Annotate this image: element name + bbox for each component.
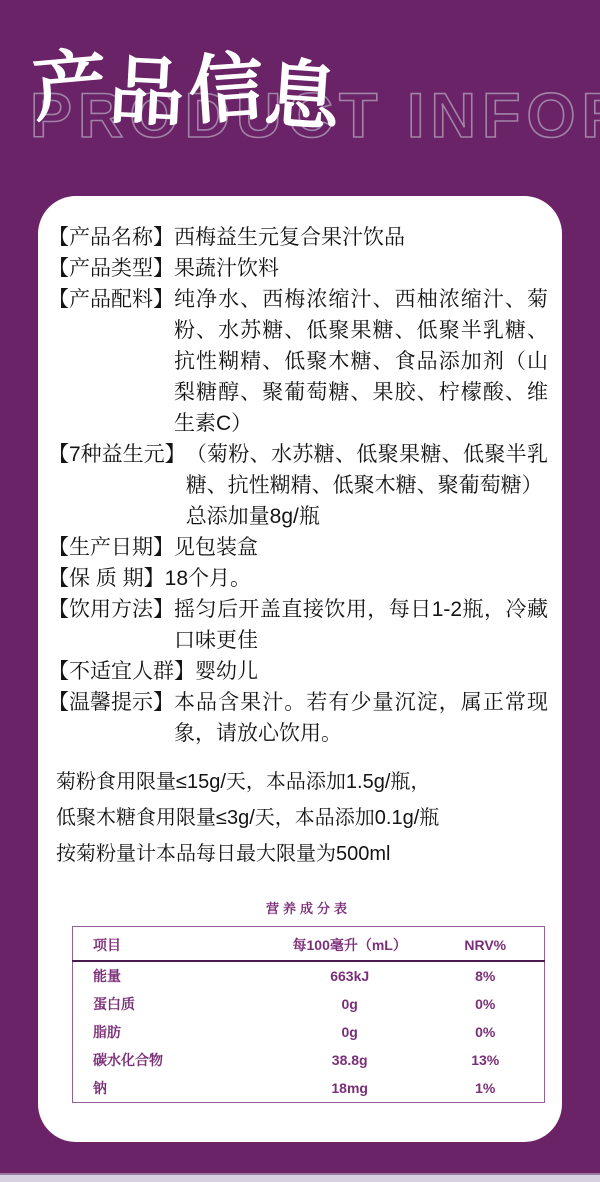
entry-production-date: 【生产日期】 见包装盒 [48, 532, 548, 563]
nutrition-row-protein: 蛋白质 0g 0% [73, 990, 545, 1018]
entry-unsuitable-group: 【不适宜人群】 婴幼儿 [48, 656, 548, 687]
entry-product-name: 【产品名称】 西梅益生元复合果汁饮品 [48, 222, 548, 253]
entry-warm-tip: 【温馨提示】 本品含果汁。若有少量沉淀，属正常现象，请放心饮用。 [48, 687, 548, 749]
nutrient-value: 18mg [273, 1074, 427, 1103]
entry-label: 【温馨提示】 [48, 687, 174, 749]
nutrition-row-fat: 脂肪 0g 0% [73, 1018, 545, 1046]
nutrient-name: 脂肪 [73, 1018, 273, 1046]
entry-label: 【饮用方法】 [48, 594, 174, 656]
entry-usage: 【饮用方法】 摇匀后开盖直接饮用，每日1-2瓶，冷藏口味更佳 [48, 594, 548, 656]
entry-label: 【产品配料】 [48, 284, 174, 439]
entry-label: 【产品名称】 [48, 222, 174, 253]
entry-label: 【产品类型】 [48, 253, 174, 284]
title-char: 信 [185, 28, 267, 140]
entry-ingredients: 【产品配料】 纯净水、西梅浓缩汁、西柚浓缩汁、菊粉、水苏糖、低聚果糖、低聚半乳糖… [48, 284, 548, 439]
nutrient-nrv: 8% [427, 961, 545, 990]
nutrient-name: 钠 [73, 1074, 273, 1103]
entry-list: 【产品名称】 西梅益生元复合果汁饮品 【产品类型】 果蔬汁饮料 【产品配料】 纯… [48, 222, 548, 749]
entry-label: 【保 质 期】 [48, 563, 165, 594]
product-info-page: PRODUCT INFOR 产 品 信 息 【产品名称】 西梅益生元复合果汁饮品… [0, 0, 600, 1182]
nutrient-value: 0g [273, 1018, 427, 1046]
entry-label: 【不适宜人群】 [48, 656, 195, 687]
entry-prebiotics: 【7种益生元】 （菊粉、水苏糖、低聚果糖、低聚半乳糖、抗性糊精、低聚木糖、聚葡萄… [48, 439, 548, 532]
entry-shelf-life: 【保 质 期】 18个月。 [48, 563, 548, 594]
nutrition-header-per100ml: 每100毫升（mL） [273, 927, 427, 962]
nutrient-name: 能量 [73, 961, 273, 990]
nutrition-row-sodium: 钠 18mg 1% [73, 1074, 545, 1103]
entry-value: 纯净水、西梅浓缩汁、西柚浓缩汁、菊粉、水苏糖、低聚果糖、低聚半乳糖、抗性糊精、低… [174, 284, 548, 439]
entry-value: 摇匀后开盖直接饮用，每日1-2瓶，冷藏口味更佳 [174, 594, 548, 656]
nutrition-header-row: 项目 每100毫升（mL） NRV% [73, 927, 545, 962]
nutrient-value: 0g [273, 990, 427, 1018]
entry-value: （菊粉、水苏糖、低聚果糖、低聚半乳糖、抗性糊精、低聚木糖、聚葡萄糖） 总添加量8… [186, 439, 548, 532]
nutrition-row-carbohydrate: 碳水化合物 38.8g 13% [73, 1046, 545, 1074]
entry-value: 果蔬汁饮料 [174, 253, 548, 284]
nutrient-value: 663kJ [273, 961, 427, 990]
nutrition-table: 项目 每100毫升（mL） NRV% 能量 663kJ 8% 蛋白质 0g 0% [72, 926, 545, 1103]
title-char: 产 [28, 24, 112, 137]
nutrient-value: 38.8g [273, 1046, 427, 1074]
product-info-card: 【产品名称】 西梅益生元复合果汁饮品 【产品类型】 果蔬汁饮料 【产品配料】 纯… [38, 196, 562, 1142]
nutrition-header-nrv: NRV% [427, 927, 545, 962]
entry-value: 见包装盒 [174, 532, 548, 563]
title-char: 息 [262, 34, 344, 146]
page-title: 产 品 信 息 [32, 26, 341, 133]
note-line: 菊粉食用限量≤15g/天，本品添加1.5g/瓶， [56, 764, 548, 800]
entry-value: 西梅益生元复合果汁饮品 [174, 222, 548, 253]
nutrient-name: 蛋白质 [73, 990, 273, 1018]
entry-product-type: 【产品类型】 果蔬汁饮料 [48, 253, 548, 284]
entry-label: 【7种益生元】 [48, 439, 186, 532]
entry-value: 18个月。 [165, 563, 548, 594]
note-line: 低聚木糖食用限量≤3g/天，本品添加0.1g/瓶 [56, 800, 548, 836]
title-char: 品 [107, 31, 188, 142]
next-section-divider [0, 1173, 600, 1182]
nutrition-table-title: 营养成分表 [72, 898, 545, 917]
nutrition-section: 营养成分表 项目 每100毫升（mL） NRV% 能量 663kJ 8% [72, 898, 545, 1103]
dosage-notes: 菊粉食用限量≤15g/天，本品添加1.5g/瓶， 低聚木糖食用限量≤3g/天，本… [56, 764, 548, 872]
entry-value: 本品含果汁。若有少量沉淀，属正常现象，请放心饮用。 [174, 687, 548, 749]
nutrient-nrv: 13% [427, 1046, 545, 1074]
nutrient-nrv: 0% [427, 990, 545, 1018]
nutrition-header-item: 项目 [73, 927, 273, 962]
nutrient-nrv: 1% [427, 1074, 545, 1103]
nutrient-nrv: 0% [427, 1018, 545, 1046]
entry-label: 【生产日期】 [48, 532, 174, 563]
entry-value: 婴幼儿 [195, 656, 548, 687]
nutrient-name: 碳水化合物 [73, 1046, 273, 1074]
nutrition-row-energy: 能量 663kJ 8% [73, 961, 545, 990]
note-line: 按菊粉量计本品每日最大限量为500ml [56, 836, 548, 872]
